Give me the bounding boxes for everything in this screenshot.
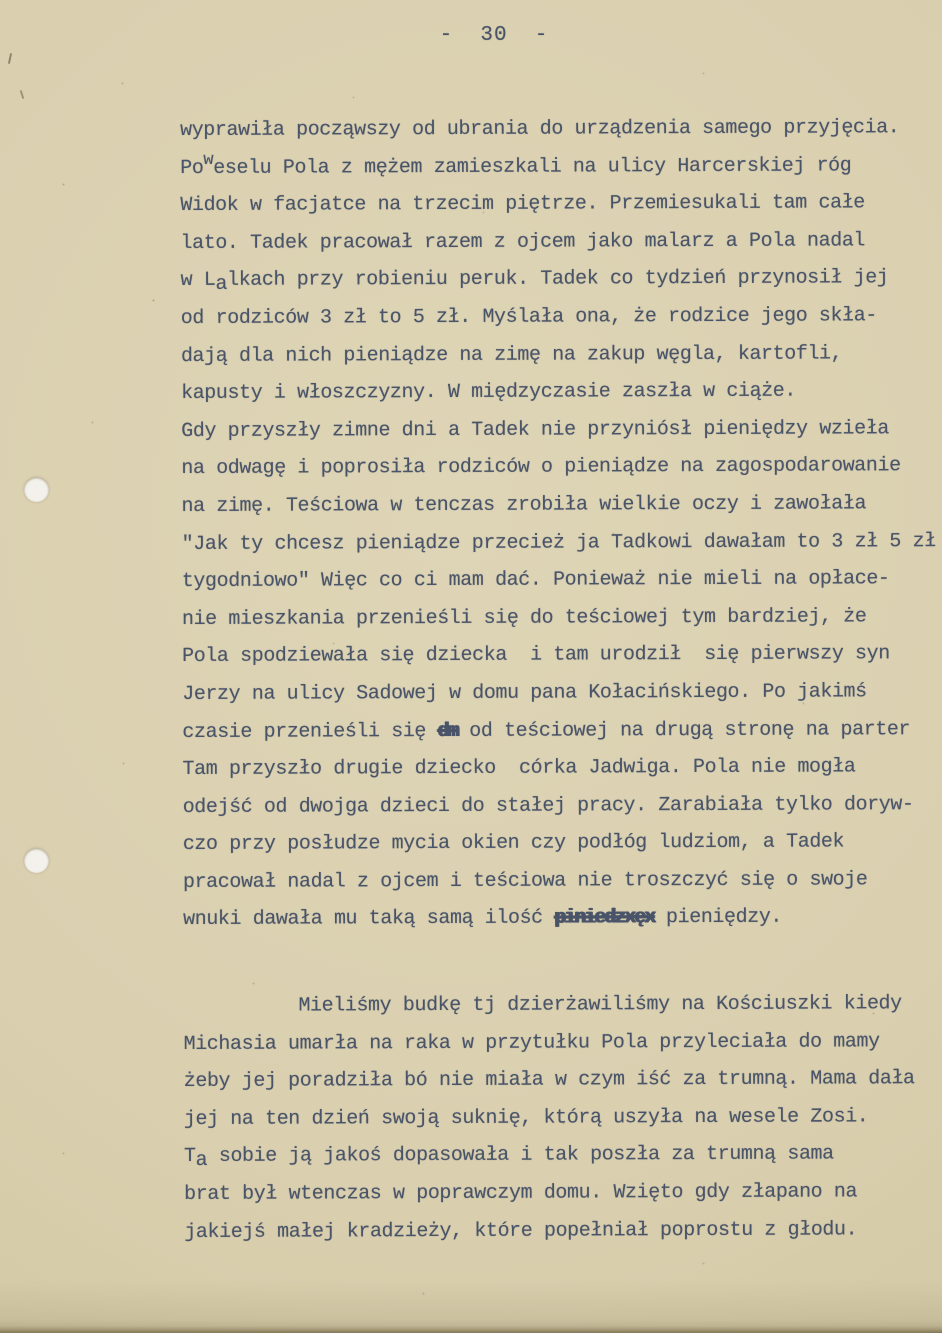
stray-ink-mark: [8, 53, 12, 64]
text-segment: Po: [180, 157, 203, 180]
text-segment: Gdy przyszły zimne dni a Tadek nie przyn…: [181, 417, 889, 443]
text-line: Poweselu Pola z mężem zamieszkali na uli…: [180, 147, 940, 188]
text-segment: dają dla nich pieniądze na zimę na zakup…: [181, 342, 842, 368]
strike-text-segment: piniedzxęx: [554, 907, 654, 930]
text-line: jej na ten dzień swoją suknię, którą usz…: [184, 1098, 942, 1139]
text-segment: pieniędzy.: [654, 906, 782, 929]
text-segment: kapusty i włoszczyzny. W międzyczasie za…: [181, 380, 796, 405]
text-line: Widok w facjatce na trzecim piętrze. Prz…: [180, 184, 940, 225]
text-segment: brat był wtenczas w poprawczym domu. Wzi…: [184, 1180, 857, 1206]
text-segment: od teściowej na drugą stronę na parter: [458, 718, 911, 743]
text-line: Michasia umarła na raka w przytułku Pola…: [184, 1023, 942, 1064]
paragraph-2: Mieliśmy budkę tj dzierżawiliśmy na Kośc…: [183, 985, 942, 1251]
sup-text-segment: w: [203, 150, 213, 169]
text-line: w Lalkach przy robieniu peruk. Tadek co …: [181, 259, 941, 300]
text-segment: nie mieszkania przenieśli się do teściow…: [182, 605, 867, 631]
text-segment: w L: [181, 269, 216, 292]
text-line: Pola spodziewała się dziecka i tam urodz…: [182, 635, 942, 676]
text-segment: lato. Tadek pracował razem z ojcem jako …: [180, 229, 865, 255]
typewritten-text: wyprawiła począwszy od ubrania do urządz…: [180, 109, 942, 1251]
text-line: na odwagę i poprosiła rodziców o pieniąd…: [181, 447, 941, 488]
text-segment: żeby jej poradziła bó nie miała w czym i…: [184, 1067, 915, 1093]
text-segment: na odwagę i poprosiła rodziców o pieniąd…: [181, 455, 900, 481]
text-segment: T: [184, 1145, 196, 1168]
text-segment: Michasia umarła na raka w przytułku Pola…: [184, 1030, 880, 1056]
text-segment: tygodniowo" Więc co ci mam dać. Ponieważ…: [182, 567, 890, 593]
text-line: wnuki dawała mu taką samą ilość piniedzx…: [183, 899, 942, 940]
text-segment: jakiejś małej kradzieży, które popełniał…: [184, 1218, 857, 1244]
text-line: Jerzy na ulicy Sadowej w domu pana Kołac…: [182, 673, 942, 714]
text-line: Mieliśmy budkę tj dzierżawiliśmy na Kośc…: [183, 985, 942, 1026]
text-segment: Tam przyszło drugie dziecko córka Jadwig…: [182, 756, 855, 782]
text-segment: Mieliśmy budkę tj dzierżawiliśmy na Kośc…: [298, 992, 901, 1017]
text-segment: Pola spodziewała się dziecka i tam urodz…: [182, 643, 890, 669]
text-line: tygodniowo" Więc co ci mam dać. Ponieważ…: [182, 560, 942, 601]
paper-speckles: [0, 0, 3, 3]
text-segment: od rodziców 3 zł to 5 zł. Myślała ona, ż…: [181, 304, 877, 330]
text-segment: na zimę. Teściowa w tenczas zrobiła wiel…: [181, 492, 866, 518]
text-line: brat był wtenczas w poprawczym domu. Wzi…: [184, 1173, 942, 1214]
text-line: odejść od dwojga dzieci do stałej pracy.…: [183, 786, 942, 827]
text-segment: Widok w facjatce na trzecim piętrze. Prz…: [180, 192, 865, 218]
punch-hole-bottom-icon: [24, 848, 49, 873]
text-line: czo przy posłudze mycia okien czy podłóg…: [183, 823, 942, 864]
text-line: nie mieszkania przenieśli się do teściow…: [182, 598, 942, 639]
text-line: lato. Tadek pracował razem z ojcem jako …: [180, 222, 940, 263]
paragraph-1: wyprawiła począwszy od ubrania do urządz…: [180, 109, 942, 939]
strike-text-segment: dm: [438, 719, 458, 742]
text-line: Ta sobie ją jakoś dopasowała i tak poszł…: [184, 1136, 942, 1177]
text-segment: Jerzy na ulicy Sadowej w domu pana Kołac…: [182, 680, 867, 706]
text-segment: wyprawiła począwszy od ubrania do urządz…: [180, 116, 899, 142]
page-number: - 30 -: [0, 24, 942, 47]
text-line: czasie przenieśli się dm od teściowej na…: [182, 711, 942, 752]
text-segment: lkach przy robieniu peruk. Tadek co tydz…: [227, 267, 888, 293]
text-line: od rodziców 3 zł to 5 zł. Myślała ona, ż…: [181, 297, 941, 338]
text-segment: jej na ten dzień swoją suknię, którą usz…: [184, 1105, 869, 1131]
punch-hole-top-icon: [24, 477, 49, 502]
page-bottom-edge: [0, 1326, 942, 1333]
text-segment: pracował nadal z ojcem i teściowa nie tr…: [183, 868, 868, 894]
text-line: Tam przyszło drugie dziecko córka Jadwig…: [182, 748, 942, 789]
text-line: jakiejś małej kradzieży, które popełniał…: [184, 1211, 942, 1252]
stray-ink-mark: [20, 90, 25, 99]
text-segment: wnuki dawała mu taką samą ilość: [183, 907, 554, 931]
sub-text-segment: a: [196, 1149, 208, 1172]
text-line: "Jak ty chcesz pieniądze przecież ja Tad…: [182, 523, 942, 564]
scanned-page: - 30 - wyprawiła począwszy od ubrania do…: [0, 0, 942, 1333]
text-segment: eselu Pola z mężem zamieszkali na ulicy …: [213, 154, 851, 179]
text-line: żeby jej poradziła bó nie miała w czym i…: [184, 1060, 942, 1101]
text-segment: sobie ją jakoś dopasowała i tak poszła z…: [207, 1143, 834, 1168]
text-line: na zimę. Teściowa w tenczas zrobiła wiel…: [181, 485, 941, 526]
text-line: Gdy przyszły zimne dni a Tadek nie przyn…: [181, 410, 941, 451]
scanned-document: { "document": { "page_number": "- 30 -",…: [0, 0, 942, 1333]
sub-text-segment: a: [215, 273, 227, 296]
text-segment: "Jak ty chcesz pieniądze przecież ja Tad…: [182, 530, 936, 556]
text-segment: czo przy posłudze mycia okien czy podłóg…: [183, 831, 844, 857]
text-segment: odejść od dwojga dzieci do stałej pracy.…: [183, 793, 914, 819]
text-line: wyprawiła począwszy od ubrania do urządz…: [180, 109, 940, 150]
text-segment: czasie przenieśli się: [182, 720, 437, 744]
text-line: pracował nadal z ojcem i teściowa nie tr…: [183, 861, 942, 902]
text-line: kapusty i włoszczyzny. W międzyczasie za…: [181, 372, 941, 413]
text-line: dają dla nich pieniądze na zimę na zakup…: [181, 335, 941, 376]
